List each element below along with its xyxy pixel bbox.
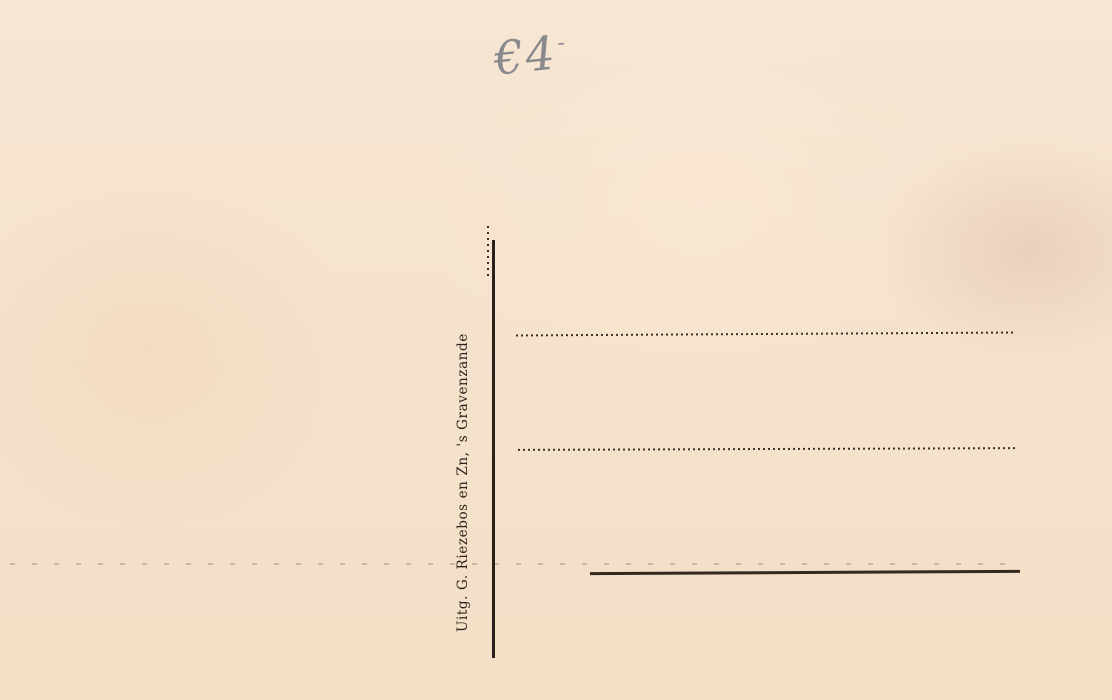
publisher-imprint: Uitg. G. Riezebos en Zn, 's Gravenzande <box>455 333 471 632</box>
price-text: €4 <box>491 25 559 85</box>
address-line-3 <box>590 570 1020 575</box>
faint-fold-line <box>10 563 1010 565</box>
handwritten-price: €4- <box>491 24 570 85</box>
address-line-1 <box>516 331 1016 336</box>
price-dash: - <box>556 30 568 56</box>
divider-dotted-top <box>487 226 489 278</box>
center-divider-line <box>492 240 495 658</box>
address-line-2 <box>518 447 1016 451</box>
postcard-back: €4- Uitg. G. Riezebos en Zn, 's Gravenza… <box>0 0 1112 700</box>
